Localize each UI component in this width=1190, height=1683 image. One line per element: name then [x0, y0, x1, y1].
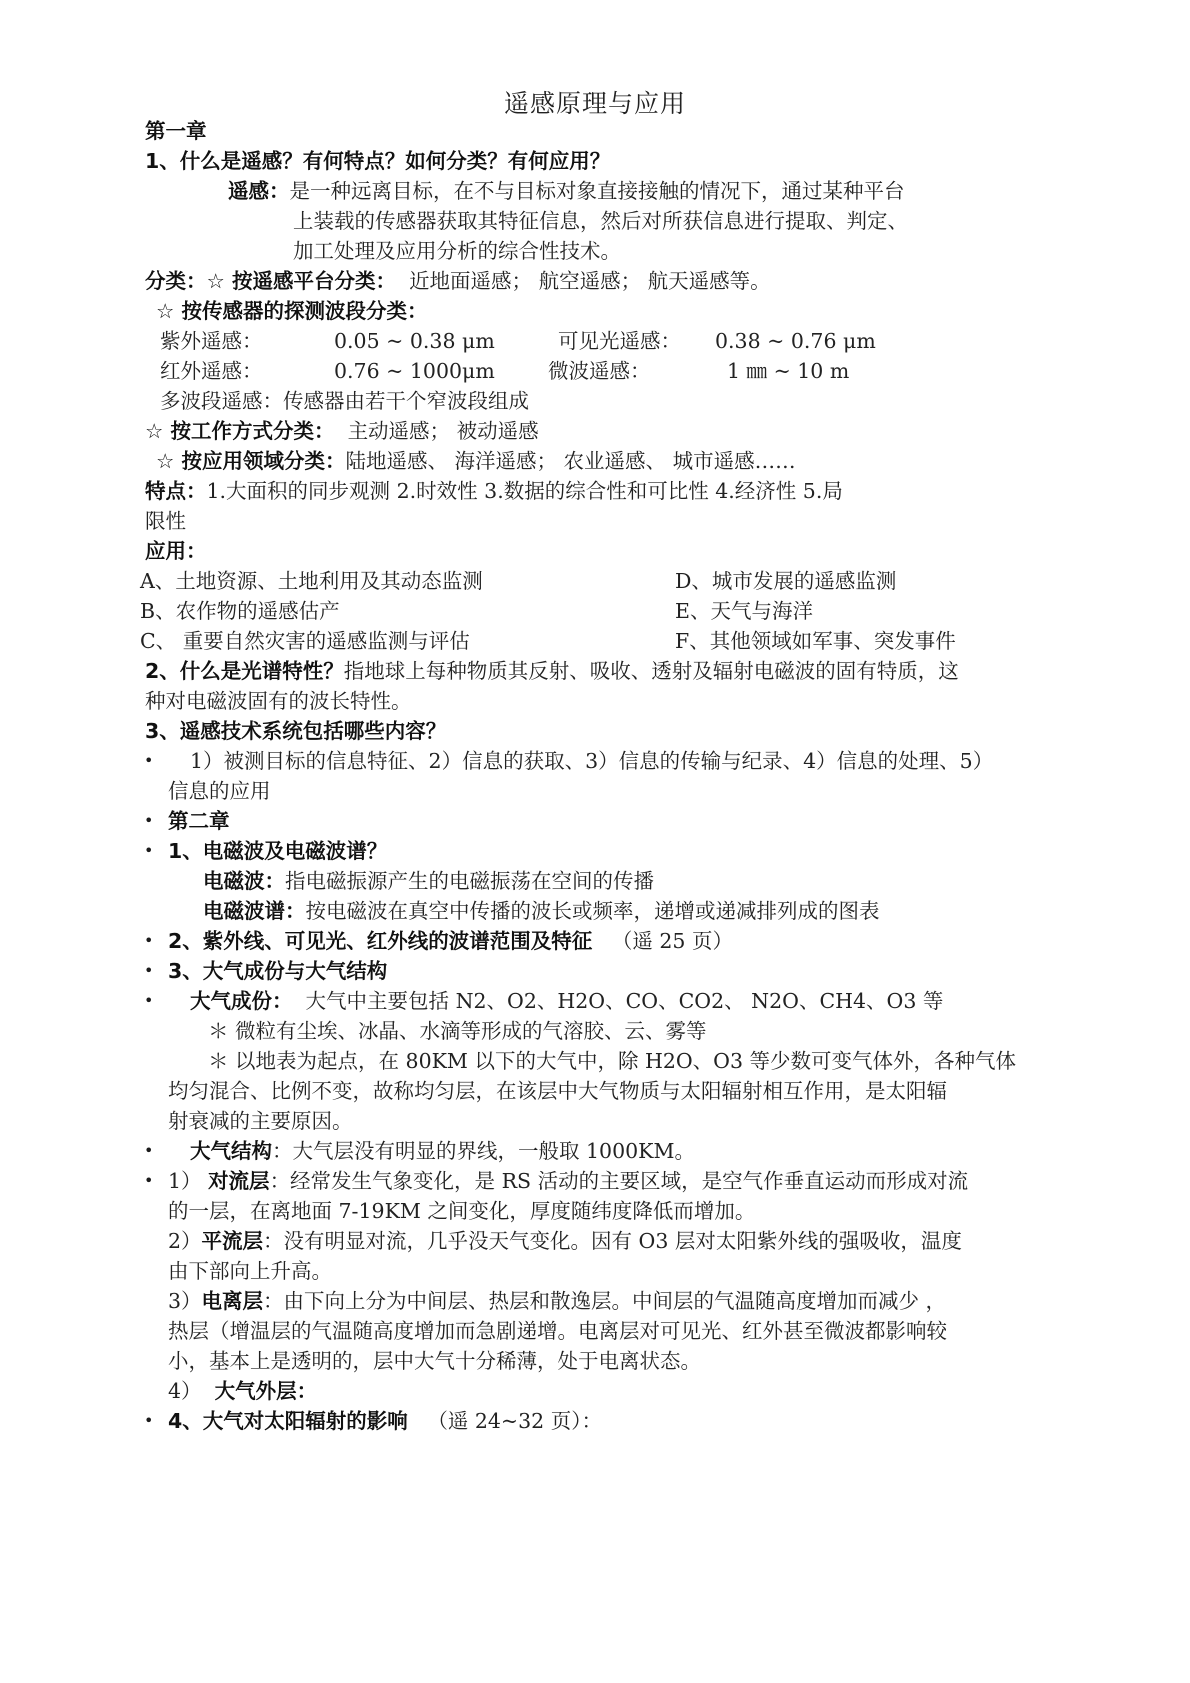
band-visible-range: 0.38 ~ 0.76 μm — [715, 326, 876, 356]
chapter1-q1-question: 1、什么是遥感？有何特点？如何分类？有何应用？ — [145, 146, 610, 176]
rs-definition-line1: 遥感：是一种远离目标，在不与目标对象直接接触的情况下，通过某种平台 — [228, 176, 905, 206]
uniform-layer-1: ＊ 以地表为起点，在 80KM 以下的大气中，除 H2O、O3 等少数可变气体外… — [208, 1046, 1016, 1076]
composition-label: 大气成份： — [190, 989, 293, 1013]
band-microwave-name: 微波遥感： — [548, 356, 651, 386]
troposphere-line2: 的一层，在离地面 7-19KM 之间变化，厚度随纬度降低而增加。 — [168, 1196, 755, 1226]
features-label: 特点： — [145, 479, 207, 503]
rs-definition-line2: 上装载的传感器获取其特征信息，然后对所获信息进行提取、判定、 — [293, 206, 908, 236]
exosphere-line: 4） 大气外层： — [168, 1376, 317, 1406]
rs-system-answer-1: 1）被测目标的信息特征、2）信息的获取、3）信息的传输与纪录、4）信息的处理、5… — [190, 746, 993, 776]
chapter2-heading: 第二章 — [168, 806, 230, 836]
application-value: 陆地遥感、 海洋遥感； 农业遥感、 城市遥感…… — [346, 449, 796, 473]
platform-value: 近地面遥感； 航空遥感； 航天遥感等。 — [409, 269, 771, 293]
application-label: ☆ 按应用领域分类： — [156, 449, 346, 473]
features-line1: 特点：1.大面积的同步观测 2.时效性 3.数据的综合性和可比性 4.经济性 5… — [145, 476, 843, 506]
platform-label: ☆ 按遥感平台分类： — [207, 269, 397, 293]
spectral-question: 2、什么是光谱特性？ — [145, 659, 344, 683]
uniform-layer-2: 均匀混合、比例不变，故称均匀层，在该层中大气物质与太阳辐射相互作用，是太阳辐 — [168, 1076, 947, 1106]
composition-value: 大气中主要包括 N2、O2、H2O、CO、CO2、 N2O、CH4、O3 等 — [306, 989, 944, 1013]
troposphere-text: ：经常发生气象变化，是 RS 活动的主要区域，是空气作垂直运动而形成对流 — [270, 1169, 969, 1193]
uv-vis-ir-question: 2、紫外线、可见光、红外线的波谱范围及特征 （遥 25 页） — [168, 926, 733, 956]
structure-label: 大气结构 — [190, 1139, 272, 1163]
application-c: C、 重要自然灾害的遥感监测与评估 — [140, 626, 470, 656]
bullet-marker: • — [144, 956, 153, 986]
bullet-marker: • — [144, 926, 153, 956]
stratosphere-text: ：没有明显对流，几乎没天气变化。因有 O3 层对太阳紫外线的强吸收，温度 — [263, 1229, 962, 1253]
classification-platform: 分类：☆ 按遥感平台分类： 近地面遥感； 航空遥感； 航天遥感等。 — [145, 266, 771, 296]
uv-vis-ir-page-ref: （遥 25 页） — [612, 929, 733, 953]
multiband-text: 多波段遥感：传感器由若干个窄波段组成 — [160, 386, 529, 416]
ionosphere-line1: 3）电离层：由下向上分为中间层、热层和散逸层。中间层的气温随高度增加而减少 ， — [168, 1286, 946, 1316]
structure-value: ：大气层没有明显的界线，一般取 1000KM。 — [272, 1139, 695, 1163]
solar-radiation-question-text: 4、大气对太阳辐射的影响 — [168, 1409, 408, 1433]
band-microwave-range: 1 ㎜ ~ 10 m — [727, 356, 849, 386]
ionosphere-line3: 小，基本上是透明的，层中大气十分稀薄，处于电离状态。 — [168, 1346, 701, 1376]
bullet-marker: • — [144, 1136, 153, 1166]
application-b: B、农作物的遥感估产 — [140, 596, 340, 626]
ionosphere-text: ：由下向上分为中间层、热层和散逸层。中间层的气温随高度增加而减少 ， — [263, 1289, 946, 1313]
rs-system-answer-2: 信息的应用 — [168, 776, 271, 806]
troposphere-line1: 1） 对流层：经常发生气象变化，是 RS 活动的主要区域，是空气作垂直运动而形成… — [168, 1166, 968, 1196]
layer-number: 3） — [168, 1289, 202, 1313]
bullet-marker: • — [144, 806, 153, 836]
band-ir-range: 0.76 ~ 1000μm — [334, 356, 495, 386]
spectral-answer-1: 指地球上每种物质其反射、吸收、透射及辐射电磁波的固有特质，这 — [344, 659, 959, 683]
rs-definition-line3: 加工处理及应用分析的综合性技术。 — [293, 236, 621, 266]
classification-label: 分类： — [145, 269, 207, 293]
spectrum-value: 按电磁波在真空中传播的波长或频率，递增或递减排列成的图表 — [306, 899, 880, 923]
bullet-marker: • — [144, 986, 153, 1016]
stratosphere-label: 平流层 — [202, 1229, 264, 1253]
stratosphere-line2: 由下部向上升高。 — [168, 1256, 332, 1286]
atmosphere-question: 3、大气成份与大气结构 — [168, 956, 387, 986]
ionosphere-line2: 热层（增温层的气温随高度增加而急剧递增。电离层对可见光、红外甚至微波都影响较 — [168, 1316, 947, 1346]
uv-vis-ir-question-text: 2、紫外线、可见光、红外线的波谱范围及特征 — [168, 929, 592, 953]
chapter1-heading: 第一章 — [145, 116, 207, 146]
solar-radiation-page-ref: （遥 24~32 页）： — [427, 1409, 602, 1433]
solar-radiation-question: 4、大气对太阳辐射的影响 （遥 24~32 页）： — [168, 1406, 602, 1436]
bullet-marker: • — [144, 746, 153, 776]
rs-definition-label: 遥感： — [228, 179, 290, 203]
band-visible-name: 可见光遥感： — [558, 326, 681, 356]
stratosphere-line1: 2）平流层：没有明显对流，几乎没天气变化。因有 O3 层对太阳紫外线的强吸收，温… — [168, 1226, 962, 1256]
bullet-marker: • — [144, 1406, 153, 1436]
document-page: 遥感原理与应用 第一章 1、什么是遥感？有何特点？如何分类？有何应用？ 遥感：是… — [0, 0, 1190, 1683]
spectrum-definition: 电磁波谱：按电磁波在真空中传播的波长或频率，递增或递减排列成的图表 — [203, 896, 880, 926]
applications-label: 应用： — [145, 536, 207, 566]
band-ir-name: 红外遥感： — [160, 356, 263, 386]
atmosphere-structure: 大气结构：大气层没有明显的界线，一般取 1000KM。 — [190, 1136, 695, 1166]
em-question: 1、电磁波及电磁波谱？ — [168, 836, 387, 866]
em-value: 指电磁振源产生的电磁振荡在空间的传播 — [285, 869, 654, 893]
em-label: 电磁波： — [203, 869, 285, 893]
features-line2: 限性 — [145, 506, 186, 536]
features-text: 1.大面积的同步观测 2.时效性 3.数据的综合性和可比性 4.经济性 5.局 — [207, 479, 843, 503]
layer-number: 1） — [168, 1169, 208, 1193]
bullet-marker: • — [144, 1166, 153, 1196]
bullet-marker: • — [144, 836, 153, 866]
application-classification: ☆ 按应用领域分类：陆地遥感、 海洋遥感； 农业遥感、 城市遥感…… — [156, 446, 796, 476]
band-uv-range: 0.05 ~ 0.38 μm — [334, 326, 495, 356]
document-title: 遥感原理与应用 — [0, 84, 1190, 120]
particles-text: ＊ 微粒有尘埃、冰晶、水滴等形成的气溶胶、云、雾等 — [208, 1016, 707, 1046]
band-classification-label: ☆ 按传感器的探测波段分类： — [156, 296, 428, 326]
ionosphere-label: 电离层 — [202, 1289, 264, 1313]
uniform-layer-3: 射衰减的主要原因。 — [168, 1106, 353, 1136]
work-label: ☆ 按工作方式分类： — [145, 419, 335, 443]
spectral-question-line1: 2、什么是光谱特性？指地球上每种物质其反射、吸收、透射及辐射电磁波的固有特质，这 — [145, 656, 959, 686]
em-definition: 电磁波：指电磁振源产生的电磁振荡在空间的传播 — [203, 866, 654, 896]
band-uv-name: 紫外遥感： — [160, 326, 263, 356]
application-e: E、天气与海洋 — [675, 596, 813, 626]
rs-definition-text-1: 是一种远离目标，在不与目标对象直接接触的情况下，通过某种平台 — [290, 179, 905, 203]
spectrum-label: 电磁波谱： — [203, 899, 306, 923]
atmosphere-composition: 大气成份： 大气中主要包括 N2、O2、H2O、CO、CO2、 N2O、CH4、… — [190, 986, 943, 1016]
layer-number: 4） — [168, 1379, 208, 1403]
troposphere-label: 对流层 — [208, 1169, 270, 1193]
layer-number: 2） — [168, 1229, 202, 1253]
application-f: F、其他领域如军事、突发事件 — [675, 626, 956, 656]
application-d: D、城市发展的遥感监测 — [675, 566, 896, 596]
rs-system-question: 3、遥感技术系统包括哪些内容？ — [145, 716, 446, 746]
spectral-answer-2: 种对电磁波固有的波长特性。 — [145, 686, 412, 716]
exosphere-label: 大气外层： — [215, 1379, 318, 1403]
application-a: A、土地资源、土地利用及其动态监测 — [140, 566, 483, 596]
work-classification: ☆ 按工作方式分类： 主动遥感； 被动遥感 — [145, 416, 539, 446]
work-value: 主动遥感； 被动遥感 — [348, 419, 539, 443]
